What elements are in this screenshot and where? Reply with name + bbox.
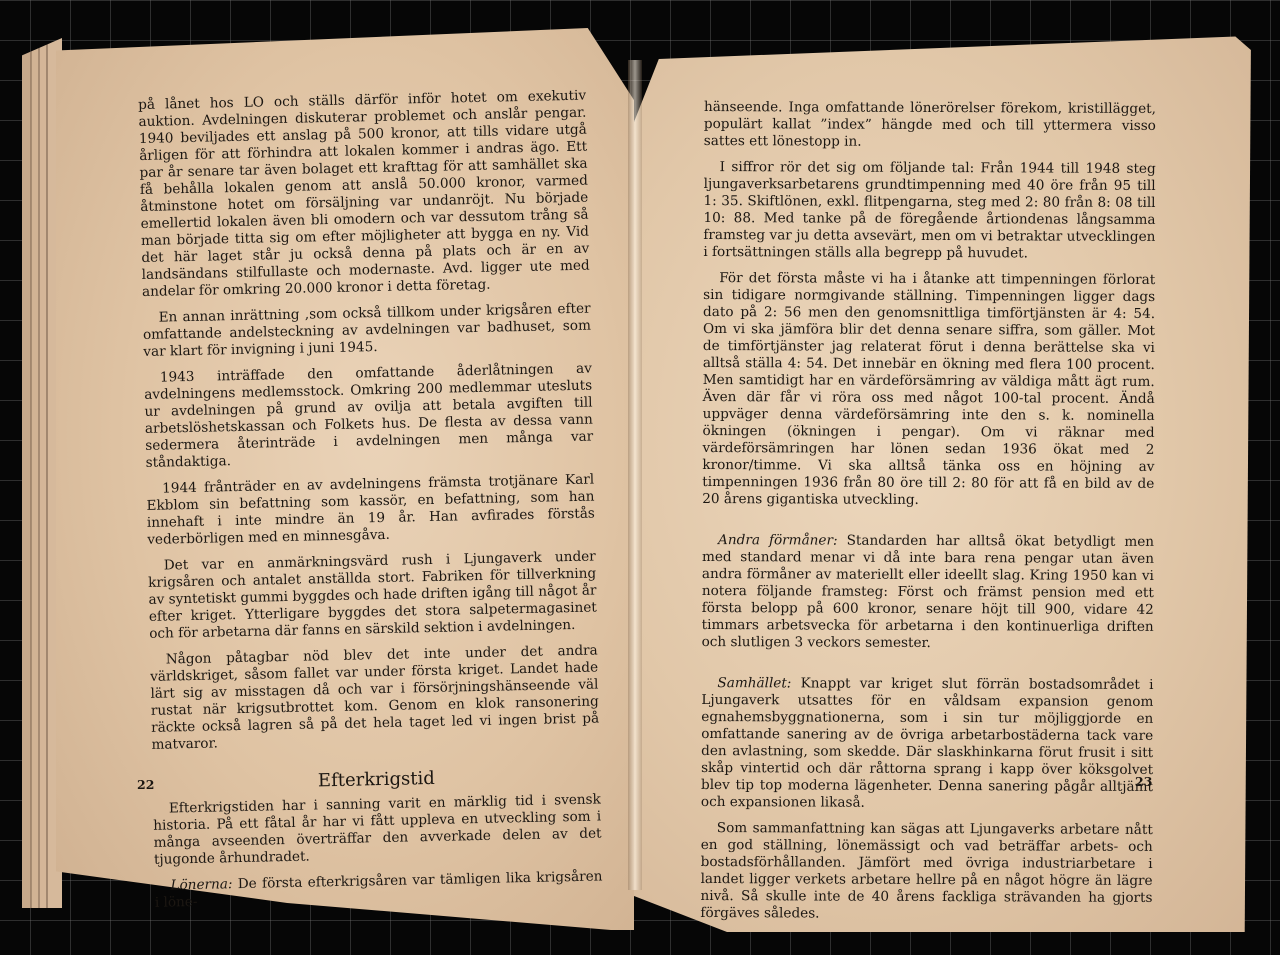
samhallet-label: Samhället: (717, 675, 791, 691)
right-page-text: hänseende. Inga omfattande lönerörelser … (700, 99, 1156, 933)
page-number-right: 23 (1135, 774, 1152, 789)
andra-formaner-text: Standarden har alltså ökat betydligt men… (702, 533, 1154, 651)
paragraph: hänseende. Inga omfattande lönerörelser … (704, 99, 1156, 152)
paragraph-samhallet: Samhället: Knappt var kriget slut förrän… (701, 675, 1154, 813)
paragraph: Efterkrigstiden har i sanning varit en m… (153, 791, 602, 868)
paragraph: Det var en anmärkningsvärd rush i Ljunga… (148, 549, 598, 643)
paragraph: på lånet hos LO och ställs därför inför … (138, 88, 590, 301)
lonerna-label: Lönerna: (170, 876, 232, 893)
paragraph: 1944 frånträder en av avdelningens främs… (146, 472, 595, 549)
paragraph: I siffror rör det sig om följande tal: F… (703, 159, 1155, 263)
paragraph-lonerna: Lönerna: De första efterkrigsåren var tä… (154, 868, 603, 911)
left-page-text: på lånet hos LO och ställs därför inför … (138, 88, 603, 921)
book-gutter (628, 60, 642, 890)
page-number-left: 22 (137, 777, 154, 792)
paragraph-summary: Som sammanfattning kan sägas att Ljungav… (700, 820, 1152, 924)
paragraph: En annan inrättning ,som också tillkom u… (142, 301, 591, 361)
paragraph: För det första måste vi ha i åtanke att … (702, 270, 1155, 510)
section-heading: Efterkrigstid (152, 766, 600, 792)
paragraph: Någon påtagbar nöd blev det inte under d… (150, 642, 600, 753)
paragraph-andra-formaner: Andra förmåner: Standarden har alltså ök… (702, 532, 1155, 653)
andra-formaner-label: Andra förmåner: (718, 532, 838, 549)
samhallet-text: Knappt var kriget slut förrän bostadsomr… (701, 675, 1154, 810)
paragraph: 1943 inträffade den omfattande åderlåtni… (144, 361, 594, 472)
